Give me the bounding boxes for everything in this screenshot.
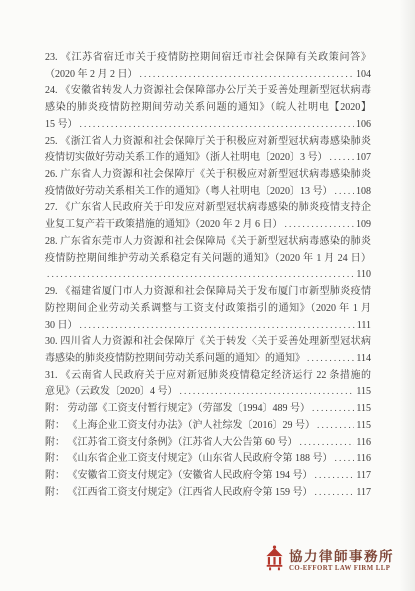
toc-entry-text: 附： 劳动部《工资支付暂行规定》（劳部发〔1994〕489 号） <box>45 401 310 418</box>
toc-line: 疫情做好劳动关系相关工作的通知》（粤人社明电〔2020〕13 号） ......… <box>45 184 371 201</box>
toc-entry-text: 附： 《安徽省工资支付规定》（安徽省人民政府令第 194 号） <box>45 468 313 485</box>
firm-name-chinese: 協力律師事務所 <box>289 549 394 564</box>
dot-leader: ........................................… <box>47 267 354 284</box>
toc-entry-text: 31. 《云南省人民政府关于应对新冠肺炎疫情稳定经济运行 22 条措施的 <box>45 370 371 381</box>
firm-name-english: CO-EFFORT LAW FIRM LLP <box>289 564 394 573</box>
law-firm-name-block: 協力律師事務所 CO-EFFORT LAW FIRM LLP <box>289 549 394 573</box>
toc-line: 30. 四川省人力资源和社会保障厅《关于转发〈关于妥善处理新型冠状病 <box>45 334 371 351</box>
toc-line: 25. 《浙江省人力资源和社会保障厅关于积极应对新型冠状病毒感染肺炎 <box>45 134 371 151</box>
toc-entry-text: 毒感染的肺炎疫情防控期间劳动关系问题的通知〉的通知》 <box>45 351 305 368</box>
table-of-contents: 23. 《江苏省宿迁市关于疫情防控期间宿迁市社会保障有关政策问答》 （2020 … <box>45 50 371 501</box>
page-number: 104 <box>356 67 371 84</box>
dot-leader: ........................................… <box>180 384 355 401</box>
dot-leader: ........................................… <box>317 418 354 435</box>
toc-line: 附： 《江苏省工资支付条例》（江苏省人大公告第 60 号） ..........… <box>45 435 371 452</box>
toc-line: 附： 《安徽省工资支付规定》（安徽省人民政府令第 194 号） ........… <box>45 468 371 485</box>
toc-line: 29. 《福建省厦门市人力资源和社会保障局关于发布厦门市新型肺炎疫情 <box>45 284 371 301</box>
dot-leader: ........................................… <box>307 351 354 368</box>
scanned-document-page: 23. 《江苏省宿迁市关于疫情防控期间宿迁市社会保障有关政策问答》 （2020 … <box>0 0 415 591</box>
toc-line: 23. 《江苏省宿迁市关于疫情防控期间宿迁市社会保障有关政策问答》 <box>45 50 371 67</box>
page-number: 110 <box>356 267 371 284</box>
toc-entry-text: 疫情防控期间维护劳动关系稳定有关问题的通知》（2020 年 1 月 24 日） <box>45 253 371 264</box>
dot-leader: ........................................… <box>315 468 355 485</box>
dot-leader: ........................................… <box>335 184 355 201</box>
toc-line: 31. 《云南省人民政府关于应对新冠肺炎疫情稳定经济运行 22 条措施的 <box>45 368 371 385</box>
toc-line: 附： 《山东省企业工资支付规定》（山东省人民政府令第 188 号） ......… <box>45 451 371 468</box>
toc-line: 毒感染的肺炎疫情防控期间劳动关系问题的通知〉的通知》 .............… <box>45 351 371 368</box>
toc-entry-text: 25. 《浙江省人力资源和社会保障厅关于积极应对新型冠状病毒感染肺炎 <box>45 136 371 147</box>
law-firm-logo: 協力律師事務所 CO-EFFORT LAW FIRM LLP <box>265 545 394 576</box>
toc-entry-text: 15 号） <box>45 117 78 134</box>
toc-entry-text: 意见》（云政发〔2020〕4 号） <box>45 384 178 401</box>
toc-entry-text: 疫情切实做好劳动关系工作的通知》（浙人社明电〔2020〕3 号） <box>45 150 328 167</box>
toc-line: 15 号） ..................................… <box>45 117 371 134</box>
page-number: 115 <box>356 384 371 401</box>
toc-line: 30 日） ..................................… <box>45 318 371 335</box>
toc-entry-text: 29. 《福建省厦门市人力资源和社会保障局关于发布厦门市新型肺炎疫情 <box>45 286 371 297</box>
dot-leader: ........................................… <box>80 318 355 335</box>
page-number: 116 <box>356 435 371 452</box>
dot-leader: ........................................… <box>140 67 355 84</box>
toc-entry-text: 疫情做好劳动关系相关工作的通知》（粤人社明电〔2020〕13 号） <box>45 184 333 201</box>
toc-entry-text: 业复工复产若干政策措施的通知》（2020 年 2 月 6 日） <box>45 217 283 234</box>
toc-line: 26. 广东省人力资源和社会保障厅《关于积极应对新型冠状病毒感染肺炎 <box>45 167 371 184</box>
toc-entry-text: 23. 《江苏省宿迁市关于疫情防控期间宿迁市社会保障有关政策问答》 <box>45 52 371 63</box>
page-number: 114 <box>356 351 371 368</box>
page-number: 109 <box>356 217 371 234</box>
page-number: 115 <box>356 418 371 435</box>
toc-line: 业复工复产若干政策措施的通知》（2020 年 2 月 6 日） ........… <box>45 217 371 234</box>
page-number: 107 <box>356 150 371 167</box>
toc-line: 疫情切实做好劳动关系工作的通知》（浙人社明电〔2020〕3 号） .......… <box>45 150 371 167</box>
page-number: 117 <box>356 468 371 485</box>
toc-line: 附： 《江西省工资支付规定》（江西省人民政府令第 159 号） ........… <box>45 485 371 502</box>
co-effort-seal-icon <box>265 545 284 576</box>
toc-line: 感染的肺炎疫情防控期间劳动关系问题的通知》（皖人社明电【2020】 <box>45 100 371 117</box>
toc-entry-text: 感染的肺炎疫情防控期间劳动关系问题的通知》（皖人社明电【2020】 <box>45 102 371 113</box>
toc-entry-text: 28. 广东省东莞市人力资源和社会保障局《关于新型冠状病毒感染的肺炎 <box>45 236 371 247</box>
page-number: 117 <box>356 485 371 502</box>
toc-line: 27. 《广东省人民政府关于印发应对新型冠状病毒感染的肺炎疫情支持企 <box>45 200 371 217</box>
toc-line: 防控期间企业劳动关系调整与工资支付政策指引的通知》（2020 年 1 月 <box>45 301 371 318</box>
page-number: 111 <box>357 318 371 335</box>
page-number: 116 <box>356 451 371 468</box>
toc-line: （2020 年 2 月 2 日） .......................… <box>45 67 371 84</box>
dot-leader: ........................................… <box>330 150 355 167</box>
toc-entry-text: 30. 四川省人力资源和社会保障厅《关于转发〈关于妥善处理新型冠状病 <box>45 336 371 347</box>
toc-entry-text: （2020 年 2 月 2 日） <box>45 67 138 84</box>
toc-line: 28. 广东省东莞市人力资源和社会保障局《关于新型冠状病毒感染的肺炎 <box>45 234 371 251</box>
toc-line: 附： 《上海企业工资支付办法》（沪人社综发〔2016〕29 号） .......… <box>45 418 371 435</box>
toc-entry-text: 附： 《上海企业工资支付办法》（沪人社综发〔2016〕29 号） <box>45 418 315 435</box>
toc-entry-text: 附： 《江西省工资支付规定》（江西省人民政府令第 159 号） <box>45 485 313 502</box>
page-number: 106 <box>356 117 371 134</box>
dot-leader: ........................................… <box>80 117 355 134</box>
toc-entry-text: 26. 广东省人力资源和社会保障厅《关于积极应对新型冠状病毒感染肺炎 <box>45 169 371 180</box>
page-number: 108 <box>356 184 371 201</box>
toc-entry-text: 防控期间企业劳动关系调整与工资支付政策指引的通知》（2020 年 1 月 <box>45 303 371 314</box>
dot-leader: ........................................… <box>300 435 355 452</box>
toc-line: 附： 劳动部《工资支付暂行规定》（劳部发〔1994〕489 号） .......… <box>45 401 371 418</box>
dot-leader: ........................................… <box>335 451 355 468</box>
toc-entry-text: 30 日） <box>45 318 78 335</box>
toc-entry-text: 24. 《安徽省转发人力资源社会保障部办公厅关于妥善处理新型冠状病毒 <box>45 85 371 96</box>
dot-leader: ........................................… <box>285 217 355 234</box>
dot-leader: ........................................… <box>312 401 354 418</box>
page-number: 115 <box>356 401 371 418</box>
dot-leader: ........................................… <box>315 485 355 502</box>
toc-entry-text: 27. 《广东省人民政府关于印发应对新型冠状病毒感染的肺炎疫情支持企 <box>45 202 371 213</box>
toc-entry-text: 附： 《山东省企业工资支付规定》（山东省人民政府令第 188 号） <box>45 451 333 468</box>
toc-line: 意见》（云政发〔2020〕4 号） ......................… <box>45 384 371 401</box>
toc-line: ........................................… <box>45 267 371 284</box>
toc-entry-text: 附： 《江苏省工资支付条例》（江苏省人大公告第 60 号） <box>45 435 298 452</box>
toc-line: 疫情防控期间维护劳动关系稳定有关问题的通知》（2020 年 1 月 24 日） <box>45 251 371 268</box>
toc-line: 24. 《安徽省转发人力资源社会保障部办公厅关于妥善处理新型冠状病毒 <box>45 83 371 100</box>
